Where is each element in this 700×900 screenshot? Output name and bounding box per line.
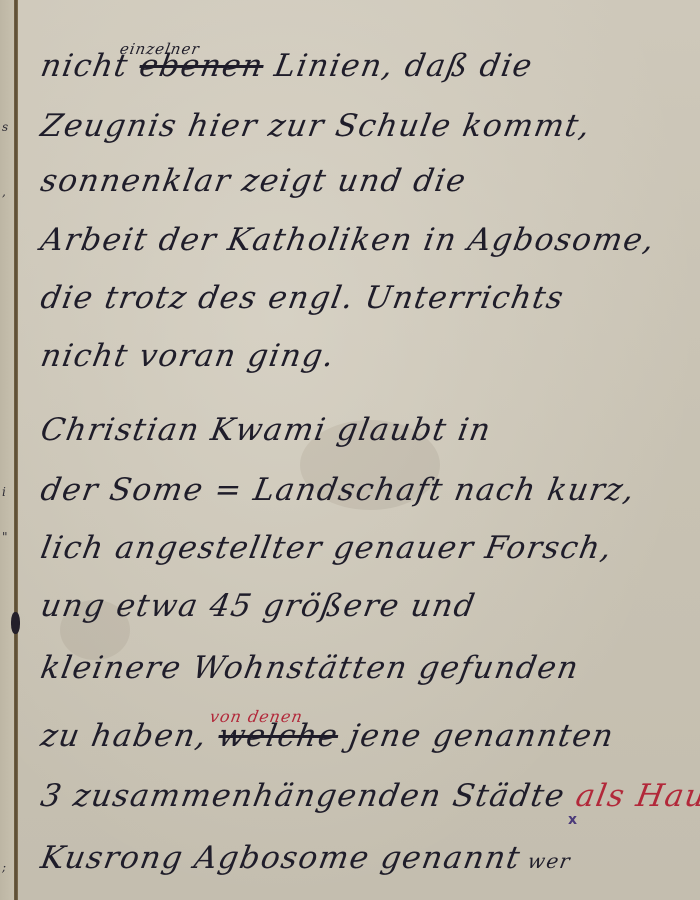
text-line-10: ung etwa 45 größere und — [38, 588, 479, 624]
red-addition: als Haupt — [562, 778, 700, 814]
text-line-3: sonnenklar zeigt und die — [38, 163, 470, 199]
struck-word: welche — [215, 718, 341, 754]
margin-mark: " — [2, 530, 8, 544]
insertion-mark-icon: x — [568, 812, 577, 828]
line-text: nicht — [38, 48, 143, 84]
text-line-2: Zeugnis hier zur Schule kommt, — [38, 108, 594, 144]
text-line-12: zu haben, welche jene genannten — [38, 718, 617, 754]
text-line-9: lich angestellter genauer Forsch, — [38, 530, 616, 566]
text-line-13: 3 zusammenhängenden Städte als Haupt — [38, 778, 700, 814]
manuscript-page: s , i " ; einzelner nicht ebenen Linien,… — [0, 0, 700, 900]
margin-mark: i — [2, 485, 8, 499]
line-text: Linien, daß die — [260, 48, 536, 84]
text-line-14: Kusrong Agbosome genannt wer — [38, 840, 575, 876]
margin-mark: , — [2, 185, 8, 199]
text-line-4: Arbeit der Katholiken in Agbosome, — [38, 222, 658, 258]
line-text-continuation: wer — [518, 849, 573, 873]
ink-blot — [11, 612, 20, 634]
text-line-7: Christian Kwami glaubt in — [38, 412, 494, 448]
line-text: jene genannten — [335, 718, 617, 754]
margin-mark: s — [2, 120, 8, 134]
text-line-11: kleinere Wohnstätten gefunden — [38, 650, 582, 686]
line-text: zu haben, — [38, 718, 222, 754]
text-line-5: die trotz des engl. Unterrichts — [38, 280, 567, 316]
margin-rule-line — [14, 0, 18, 900]
text-line-6: nicht voran ging. — [38, 338, 338, 374]
line-text: 3 zusammenhängenden Städte — [38, 778, 568, 814]
struck-word: ebenen — [137, 48, 267, 84]
line-text: Kusrong Agbosome genannt — [38, 840, 524, 876]
left-page-edge — [0, 0, 14, 900]
margin-mark: ; — [2, 860, 8, 874]
text-line-1: nicht ebenen Linien, daß die — [38, 48, 536, 84]
text-line-8: der Some = Landschaft nach kurz, — [38, 472, 638, 508]
